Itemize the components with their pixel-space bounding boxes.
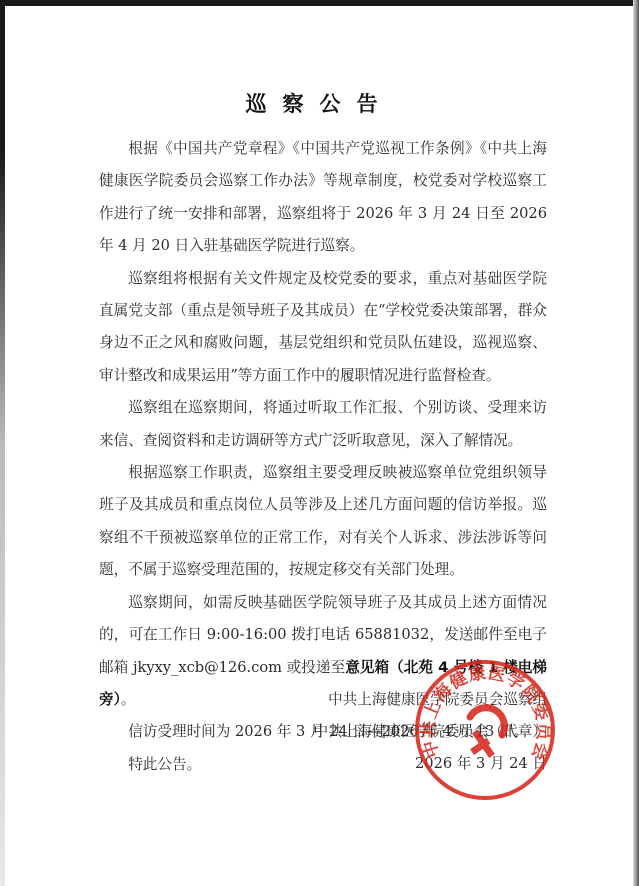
contact-text-end: 。 — [121, 691, 136, 708]
issuer-party-committee: 中共上海健康医学院委员会（代章） — [313, 716, 547, 748]
signature-block: 中共上海健康医学院委员会巡察组 中共上海健康医学院委员会（代章） 2026 年 … — [313, 684, 547, 780]
scan-edge-right — [633, 0, 639, 886]
paragraph-methods: 巡察组在巡察期间，将通过听取工作汇报、个别访谈、受理来访来信、查阅资料和走访调研… — [99, 392, 547, 457]
paragraph-focus: 巡察组将根据有关文件规定及校党委的要求，重点对基础医学院直属党支部（重点是领导班… — [99, 263, 547, 393]
document-title: 巡察公告 — [0, 88, 639, 118]
paragraph-scope: 根据巡察工作职责，巡察组主要受理反映被巡察单位党组织领导班子及其成员和重点岗位人… — [99, 457, 547, 587]
issuer-inspection-group: 中共上海健康医学院委员会巡察组 — [313, 684, 547, 716]
paragraph-basis: 根据《中国共产党章程》《中国共产党巡视工作条例》《中共上海健康医学院委员会巡察工… — [99, 133, 547, 263]
issue-date: 2026 年 3 月 24 日 — [313, 748, 547, 780]
